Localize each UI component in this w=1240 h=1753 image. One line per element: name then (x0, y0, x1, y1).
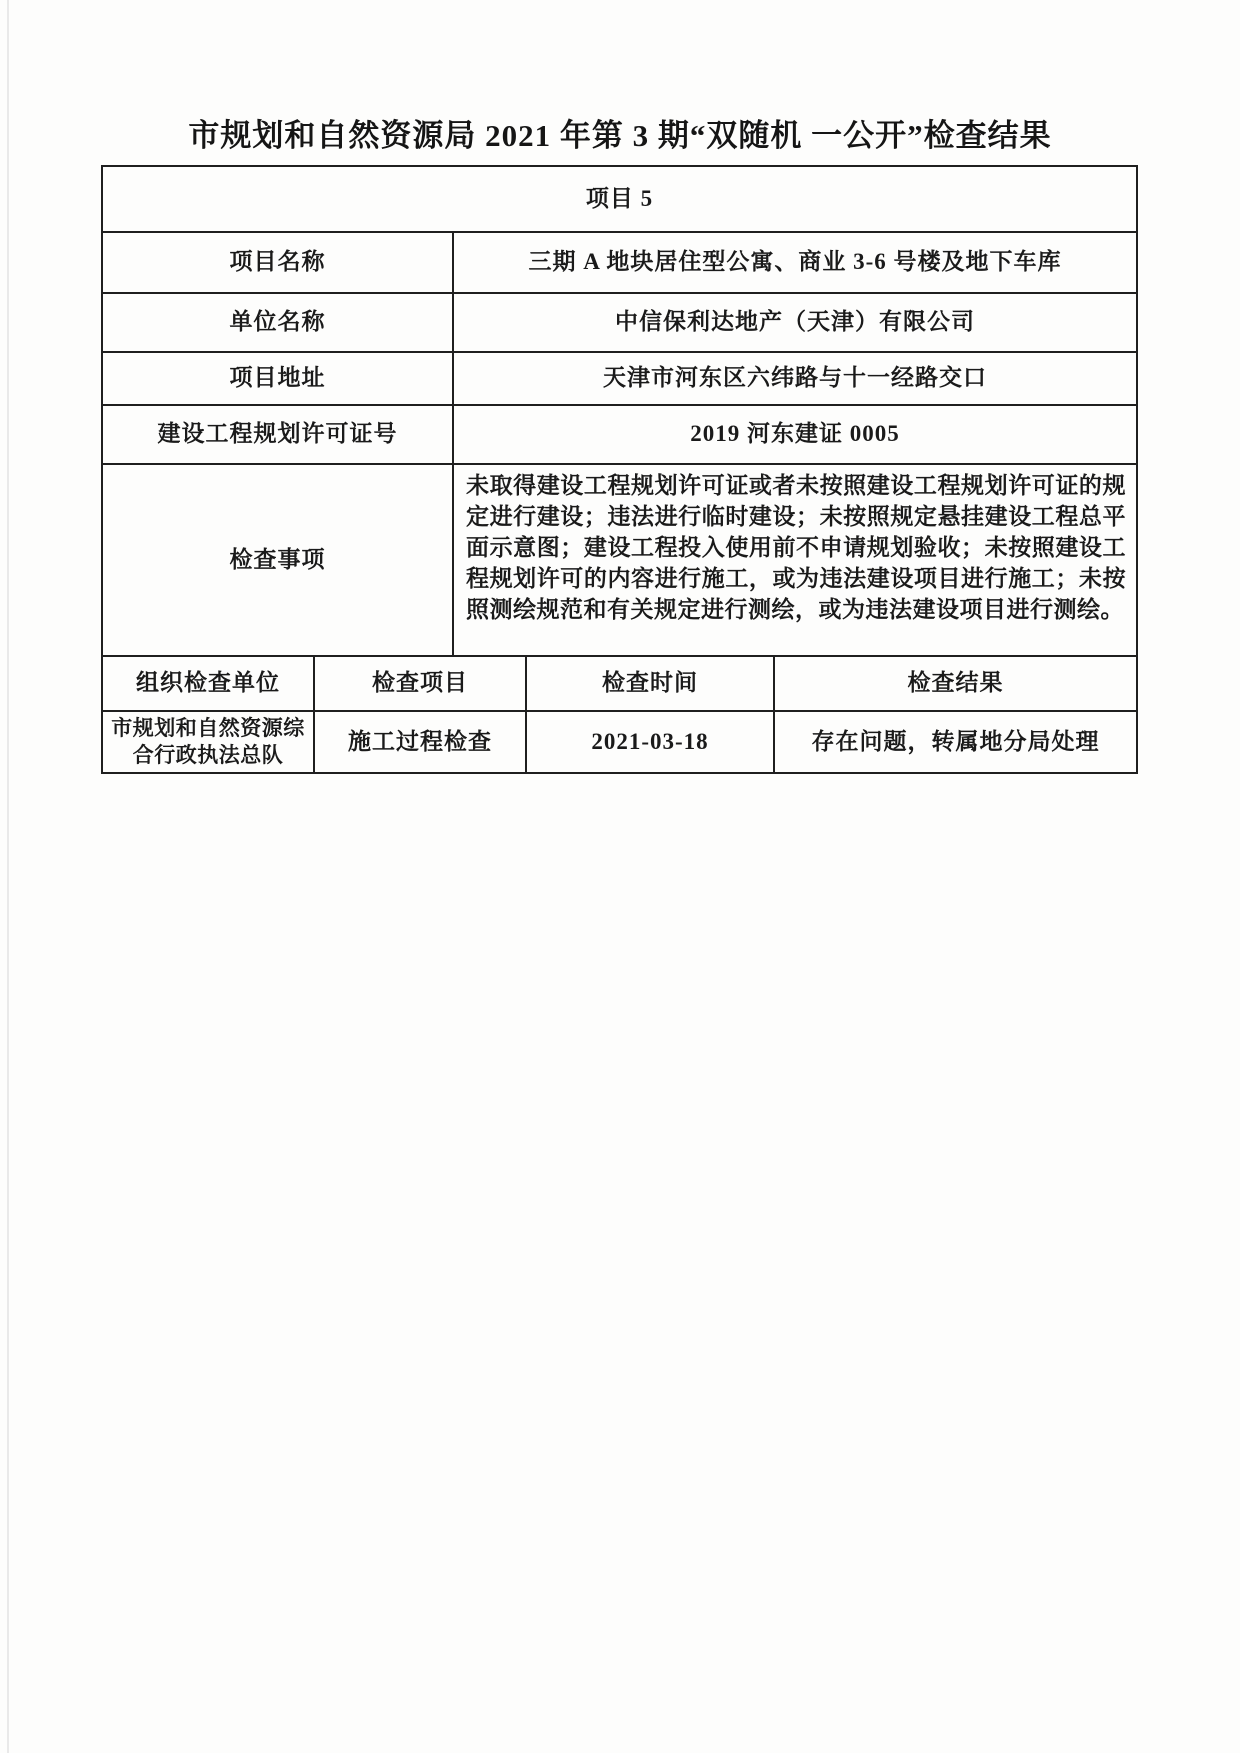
project-address-value: 天津市河东区六纬路与十一经路交口 (452, 353, 1136, 404)
table-row-project-address: 项目地址 天津市河东区六纬路与十一经路交口 (103, 351, 1136, 404)
header-inspection-project: 检查项目 (313, 657, 525, 710)
permit-number-value: 2019 河东建证 0005 (452, 406, 1136, 463)
table-row-project-header: 项目 5 (103, 167, 1136, 231)
document-title: 市规划和自然资源局 2021 年第 3 期“双随机 一公开”检查结果 (0, 110, 1240, 155)
unit-name-label: 单位名称 (103, 294, 452, 351)
inspection-result-table: 项目 5 项目名称 三期 A 地块居住型公寓、商业 3-6 号楼及地下车库 单位… (101, 165, 1138, 774)
unit-name-value: 中信保利达地产（天津）有限公司 (452, 294, 1136, 351)
inspection-org-value: 市规划和自然资源综合行政执法总队 (103, 712, 313, 772)
project-name-value: 三期 A 地块居住型公寓、商业 3-6 号楼及地下车库 (452, 233, 1136, 292)
table-row-result-values: 市规划和自然资源综合行政执法总队 施工过程检查 2021-03-18 存在问题，… (103, 710, 1136, 772)
inspection-time-value: 2021-03-18 (525, 712, 773, 772)
header-inspection-time: 检查时间 (525, 657, 773, 710)
inspection-items-label: 检查事项 (103, 465, 452, 655)
table-row-unit-name: 单位名称 中信保利达地产（天津）有限公司 (103, 292, 1136, 351)
inspection-result-value: 存在问题，转属地分局处理 (773, 712, 1136, 772)
inspection-project-value: 施工过程检查 (313, 712, 525, 772)
table-row-project-name: 项目名称 三期 A 地块居住型公寓、商业 3-6 号楼及地下车库 (103, 231, 1136, 292)
table-row-result-headers: 组织检查单位 检查项目 检查时间 检查结果 (103, 655, 1136, 710)
permit-number-label: 建设工程规划许可证号 (103, 406, 452, 463)
inspection-items-value: 未取得建设工程规划许可证或者未按照建设工程规划许可证的规定进行建设；违法进行临时… (452, 465, 1136, 655)
header-inspection-org: 组织检查单位 (103, 657, 313, 710)
header-inspection-result: 检查结果 (773, 657, 1136, 710)
project-number-header: 项目 5 (103, 167, 1136, 231)
table-row-permit-number: 建设工程规划许可证号 2019 河东建证 0005 (103, 404, 1136, 463)
project-name-label: 项目名称 (103, 233, 452, 292)
table-row-inspection-items: 检查事项 未取得建设工程规划许可证或者未按照建设工程规划许可证的规定进行建设；违… (103, 463, 1136, 655)
page-scan-edge-line (7, 0, 9, 1753)
project-address-label: 项目地址 (103, 353, 452, 404)
